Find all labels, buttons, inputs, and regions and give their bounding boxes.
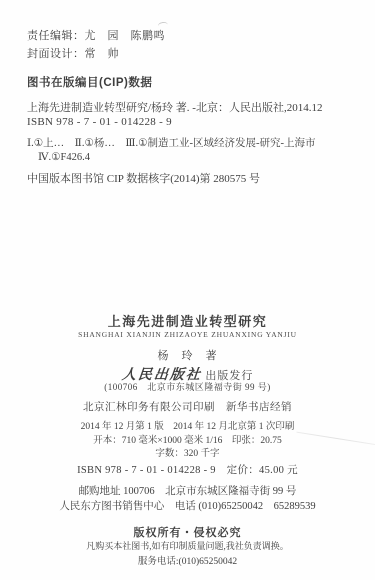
edition-line: 2014 年 12 月第 1 版 2014 年 12 月北京第 1 次印刷 bbox=[0, 418, 375, 432]
scan-artifact-tick bbox=[158, 21, 169, 29]
service-phone-line: 服务电话:(010)65250042 bbox=[0, 553, 375, 567]
scan-artifact-dot bbox=[279, 424, 282, 429]
printer-distributor-line: 北京汇林印务有限公司印刷 新华书店经销 bbox=[0, 399, 375, 414]
cip-classification-line-1: Ⅰ.①上… Ⅱ.①杨… Ⅲ.①制造工业-区域经济发展-研究-上海市 bbox=[27, 135, 316, 150]
quality-replacement-line: 凡购买本社图书,如有印制质量问题,我社负责调换。 bbox=[0, 539, 375, 552]
mail-order-address-line: 邮购地址 100706 北京市东城区隆福寺街 99 号 bbox=[0, 483, 375, 498]
format-line: 开本：710 毫米×1000 毫米 1/16 印张：20.75 bbox=[0, 432, 375, 446]
sales-center-phone-line: 人民东方图书销售中心 电话 (010)65250042 65289539 bbox=[0, 498, 375, 513]
wordcount-line: 字数：320 千字 bbox=[0, 445, 375, 459]
book-title: 上海先进制造业转型研究 bbox=[0, 311, 375, 330]
copyright-notice: 版权所有・侵权必究 bbox=[0, 524, 375, 540]
responsible-editor-line: 责任编辑：尤 园 陈鹏鸣 bbox=[27, 27, 165, 43]
isbn-price-line: ISBN 978 - 7 - 01 - 014228 - 9 定价：45.00 … bbox=[0, 462, 375, 477]
book-copyright-page: 责任编辑：尤 园 陈鹏鸣 封面设计：常 帅 图书在版编目(CIP)数据 上海先进… bbox=[0, 0, 375, 580]
cover-designer-line: 封面设计：常 帅 bbox=[27, 45, 119, 61]
publisher-address-line: (100706 北京市东城区隆福寺街 99 号) bbox=[0, 380, 375, 393]
author-line: 杨 玲 著 bbox=[0, 347, 375, 363]
cip-record-number-line: 中国版本图书馆 CIP 数据核字(2014)第 280575 号 bbox=[27, 170, 260, 186]
cip-entry-line: 上海先进制造业转型研究/杨玲 著. -北京：人民出版社,2014.12 bbox=[27, 99, 322, 115]
book-title-pinyin: SHANGHAI XIANJIN ZHIZAOYE ZHUANXING YANJ… bbox=[0, 330, 375, 339]
cip-isbn-line: ISBN 978 - 7 - 01 - 014228 - 9 bbox=[27, 116, 172, 128]
cip-heading: 图书在版编目(CIP)数据 bbox=[27, 74, 152, 90]
cip-classification-line-2: Ⅳ.①F426.4 bbox=[38, 151, 90, 163]
